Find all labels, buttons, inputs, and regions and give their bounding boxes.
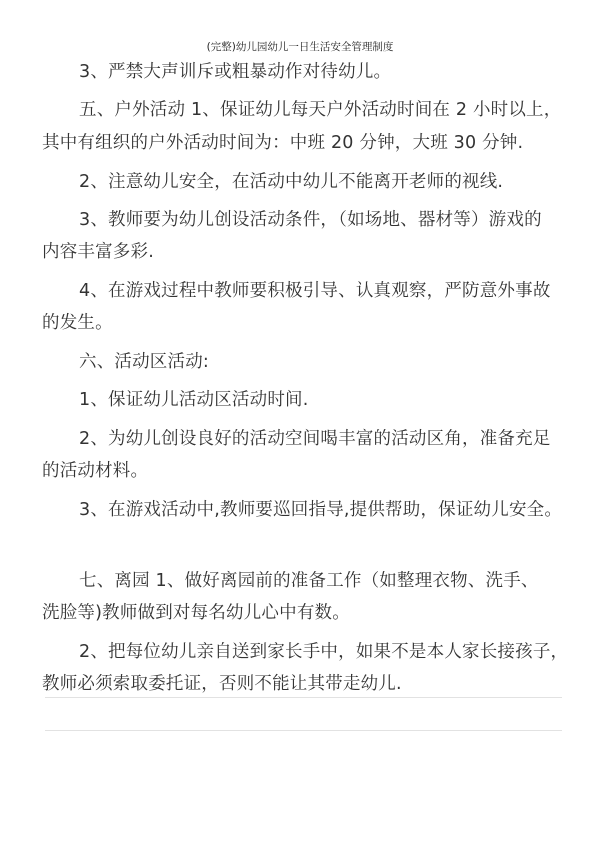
text-line-activity-item-3: 3、在游戏活动中,教师要巡回指导,提供帮助，保证幼儿安全。 [79, 499, 562, 521]
text-line-outdoor-item-2: 2、注意幼儿安全，在活动中幼儿不能离开老师的视线. [79, 171, 503, 193]
divider-line [45, 730, 562, 731]
text-line-continuation: 的活动材料。 [42, 460, 148, 482]
text-line-continuation: 教师必须索取委托证，否则不能让其带走幼儿. [42, 673, 402, 695]
text-line-leaving-item-2: 2、把每位幼儿亲自送到家长手中，如果不是本人家长接孩子， [79, 641, 568, 663]
page-header-title: (完整)幼儿园幼儿一日生活安全管理制度 [0, 40, 600, 54]
text-line-continuation: 其中有组织的户外活动时间为：中班 20 分钟，大班 30 分钟. [42, 132, 523, 154]
text-line-continuation: 的发生。 [42, 312, 113, 334]
text-line-outdoor-item-3: 3、教师要为幼儿创设活动条件，（如场地、器材等）游戏的 [79, 209, 542, 231]
section-5-outdoor-activity: 五、户外活动 1、保证幼儿每天户外活动时间在 2 小时以上， [79, 99, 561, 121]
text-line-continuation: 洗脸等)教师做到对每名幼儿心中有数。 [42, 602, 350, 624]
divider-line [45, 697, 562, 698]
text-line-outdoor-item-4: 4、在游戏过程中教师要积极引导、认真观察，严防意外事故 [79, 280, 551, 302]
text-line-rule-3-no-scolding: 3、严禁大声训斥或粗暴动作对待幼儿。 [79, 61, 391, 83]
section-6-activity-area: 六、活动区活动: [79, 351, 209, 373]
text-line-continuation: 内容丰富多彩. [42, 241, 154, 263]
text-line-activity-item-2: 2、为幼儿创设良好的活动空间喝丰富的活动区角，准备充足 [79, 428, 551, 450]
text-line-activity-item-1: 1、保证幼儿活动区活动时间. [79, 389, 309, 411]
section-7-leaving: 七、离园 1、做好离园前的准备工作（如整理衣物、洗手、 [79, 570, 539, 592]
